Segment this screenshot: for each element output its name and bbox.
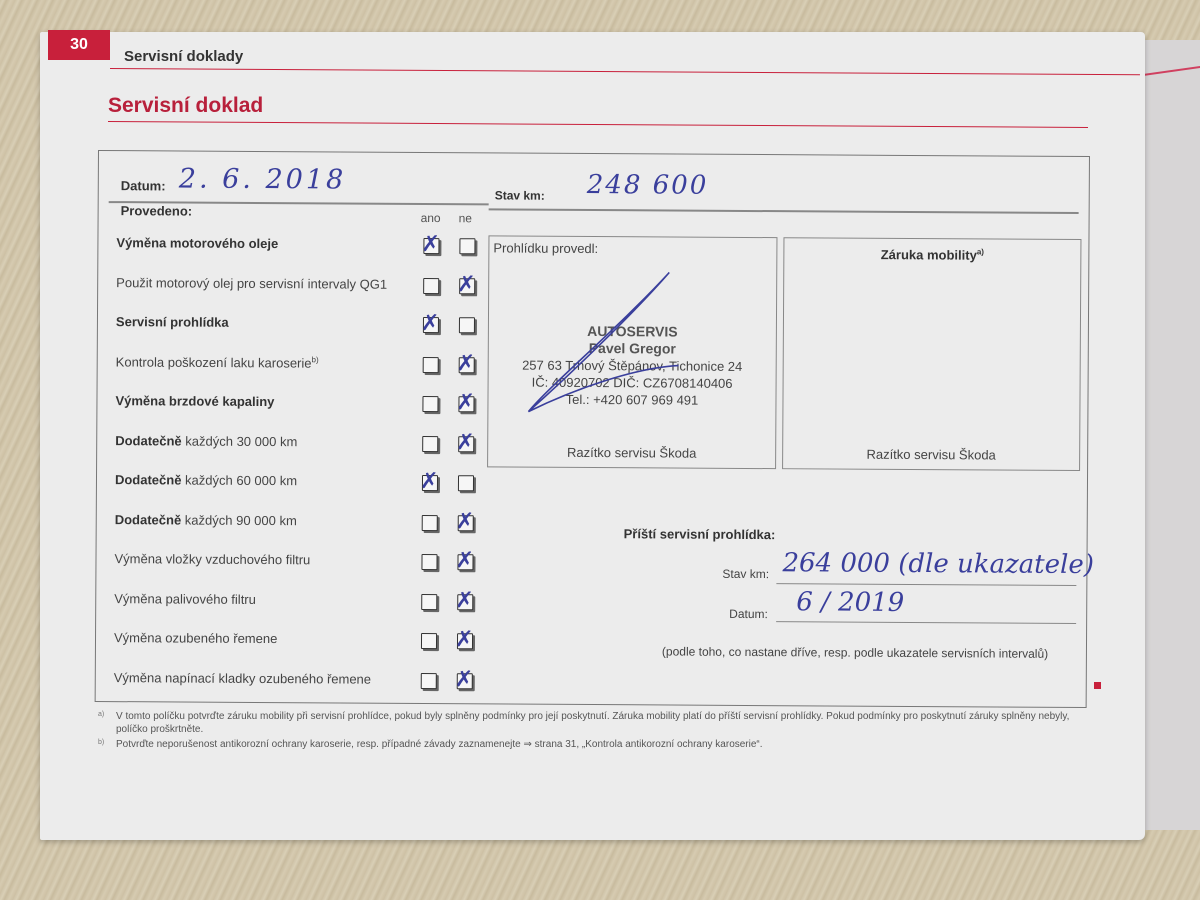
service-item-label: Výměna motorového oleje xyxy=(116,235,278,251)
next-date-value-handwritten[interactable]: 6 / 2019 xyxy=(796,587,904,618)
service-item-footnote-mark: b) xyxy=(312,355,319,364)
service-item-label: Kontrola poškození laku karoserieb) xyxy=(116,354,319,371)
checkbox-ano[interactable] xyxy=(421,672,437,688)
checkbox-ne[interactable] xyxy=(458,515,474,531)
checkbox-ne[interactable] xyxy=(458,475,474,491)
next-date-label: Datum: xyxy=(729,607,768,621)
col-yes-header: ano xyxy=(421,211,441,225)
footnote-b: b)Potvrďte neporušenost antikorozní ochr… xyxy=(98,738,1098,751)
service-record-form: Datum: 2. 6. 2018 Stav km: 248 600 Prove… xyxy=(95,150,1090,708)
inspection-label: Prohlídku provedl: xyxy=(493,240,598,256)
service-item-label-bold: Dodatečně xyxy=(115,512,182,527)
date-label: Datum: xyxy=(121,178,166,193)
checkbox-ano[interactable] xyxy=(423,317,439,333)
service-item-label-text: Použit motorový olej pro servisní interv… xyxy=(116,275,387,292)
checkbox-ano[interactable] xyxy=(421,593,437,609)
checkbox-ne[interactable] xyxy=(459,317,475,333)
checkbox-ano[interactable] xyxy=(421,554,437,570)
footnote-a-text: V tomto políčku potvrďte záruku mobility… xyxy=(116,711,1069,735)
footnote-a-mark: a) xyxy=(98,708,104,721)
section-title: Servisní doklad xyxy=(108,94,263,118)
next-service-note: (podle toho, co nastane dříve, resp. pod… xyxy=(662,644,1048,660)
service-item-label: Dodatečně každých 90 000 km xyxy=(115,512,297,528)
checkbox-ano[interactable] xyxy=(423,356,439,372)
service-item-label: Výměna ozubeného řemene xyxy=(114,630,277,646)
footnotes: a)V tomto políčku potvrďte záruku mobili… xyxy=(98,710,1098,753)
checkbox-ano[interactable] xyxy=(421,633,437,649)
date-value-handwritten[interactable]: 2. 6. 2018 xyxy=(179,163,347,195)
checkbox-ano[interactable] xyxy=(423,277,439,293)
service-item-label-text: každých 90 000 km xyxy=(181,512,297,528)
checkbox-ne[interactable] xyxy=(457,594,473,610)
service-item-label: Dodatečně každých 30 000 km xyxy=(115,433,297,449)
page-number-tab: 30 xyxy=(48,30,110,60)
next-odometer-value-handwritten[interactable]: 264 000 (dle ukazatele) xyxy=(782,548,1094,580)
service-item-label-text: každých 30 000 km xyxy=(182,433,298,449)
checkbox-ne[interactable] xyxy=(457,554,473,570)
service-item-label-bold: Servisní prohlídka xyxy=(116,314,229,330)
service-item-label: Výměna vložky vzduchového filtru xyxy=(114,551,310,567)
checkbox-ano[interactable] xyxy=(422,514,438,530)
next-odometer-underline xyxy=(776,583,1076,586)
checkbox-ne[interactable] xyxy=(457,633,473,649)
footnote-a: a)V tomto políčku potvrďte záruku mobili… xyxy=(98,710,1098,736)
performed-label: Provedeno: xyxy=(121,203,193,218)
checkbox-ano[interactable] xyxy=(422,396,438,412)
mobility-title: Záruka mobilitya) xyxy=(784,246,1080,263)
service-item-label-text: Kontrola poškození laku karoserie xyxy=(116,354,312,370)
service-item-label-text: Výměna vložky vzduchového filtru xyxy=(114,551,310,567)
signature-mark xyxy=(518,267,679,418)
checkbox-ne[interactable] xyxy=(457,673,473,689)
mobility-title-footnote-mark: a) xyxy=(977,247,984,256)
inspection-stamp-caption: Razítko servisu Škoda xyxy=(488,444,775,461)
service-item-label: Výměna napínací kladky ozubeného řemene xyxy=(114,670,371,687)
inspection-box: Prohlídku provedl: AUTOSERVIS Pavel Greg… xyxy=(487,235,777,469)
mobility-title-text: Záruka mobility xyxy=(881,247,977,263)
odometer-underline xyxy=(489,208,1079,214)
checkbox-ne[interactable] xyxy=(458,396,474,412)
odometer-value-handwritten[interactable]: 248 600 xyxy=(587,170,709,201)
checkbox-ano[interactable] xyxy=(423,238,439,254)
mobility-guarantee-box: Záruka mobilitya) Razítko servisu Škoda xyxy=(782,237,1081,471)
service-item-label: Výměna palivového filtru xyxy=(114,591,256,607)
next-page-redline xyxy=(1136,65,1200,77)
next-date-underline xyxy=(776,621,1076,624)
service-item-label-text: Výměna palivového filtru xyxy=(114,591,256,607)
service-item-label-bold: Výměna brzdové kapaliny xyxy=(115,393,274,409)
checkbox-ne[interactable] xyxy=(458,436,474,452)
checkbox-ne[interactable] xyxy=(459,357,475,373)
service-item-label-text: Výměna napínací kladky ozubeného řemene xyxy=(114,670,371,687)
service-item-label-text: Výměna ozubeného řemene xyxy=(114,630,277,646)
checkbox-ne[interactable] xyxy=(459,278,475,294)
service-item-label-text: každých 60 000 km xyxy=(181,473,297,489)
service-item-label: Servisní prohlídka xyxy=(116,314,229,330)
service-item-label-bold: Dodatečně xyxy=(115,472,182,487)
next-odometer-label: Stav km: xyxy=(722,567,769,581)
mobility-stamp-caption: Razítko servisu Škoda xyxy=(783,446,1079,463)
end-marker xyxy=(1094,682,1101,689)
service-item-label: Použit motorový olej pro servisní interv… xyxy=(116,275,387,292)
service-item-label: Výměna brzdové kapaliny xyxy=(115,393,274,409)
checkbox-ne[interactable] xyxy=(459,238,475,254)
col-no-header: ne xyxy=(459,211,472,225)
checkbox-ano[interactable] xyxy=(422,435,438,451)
checkbox-ano[interactable] xyxy=(422,475,438,491)
odometer-label: Stav km: xyxy=(495,188,545,202)
next-service-title: Příští servisní prohlídka: xyxy=(624,526,776,542)
footnote-b-text: Potvrďte neporušenost antikorozní ochran… xyxy=(116,739,763,750)
service-item-label-bold: Výměna motorového oleje xyxy=(116,235,278,251)
service-item-label-bold: Dodatečně xyxy=(115,433,182,448)
footnote-b-mark: b) xyxy=(98,736,104,749)
chapter-title: Servisní doklady xyxy=(124,48,243,65)
service-item-label: Dodatečně každých 60 000 km xyxy=(115,472,297,488)
